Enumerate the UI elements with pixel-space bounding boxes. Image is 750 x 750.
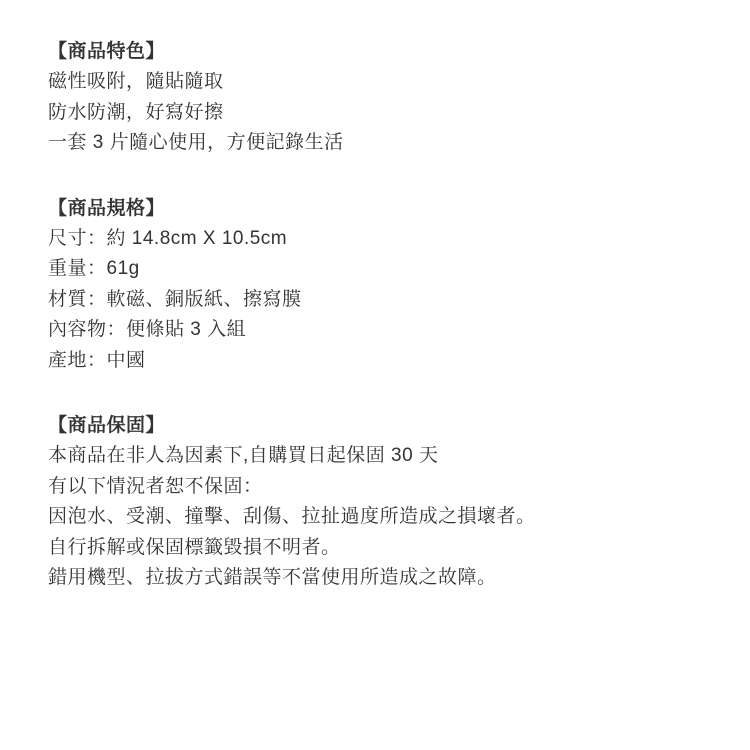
warranty-line: 錯用機型、拉拔方式錯誤等不當使用所造成之故障。 (48, 563, 710, 594)
section-product-specs: 【商品規格】 尺寸：約 14.8cm X 10.5cm 重量：61g 材質：軟磁… (48, 193, 710, 377)
spec-line-dimensions: 尺寸：約 14.8cm X 10.5cm (48, 224, 710, 255)
section-title: 【商品規格】 (48, 193, 710, 224)
feature-line: 一套 3 片隨心使用，方便記錄生活 (48, 128, 710, 159)
product-description-page: 【商品特色】 磁性吸附，隨貼隨取 防水防潮，好寫好擦 一套 3 片隨心使用，方便… (0, 0, 750, 750)
section-product-warranty: 【商品保固】 本商品在非人為因素下,自購買日起保固 30 天 有以下情況者恕不保… (48, 410, 710, 594)
section-title: 【商品特色】 (48, 36, 710, 67)
warranty-line: 因泡水、受潮、撞擊、刮傷、拉扯過度所造成之損壞者。 (48, 502, 710, 533)
warranty-line: 本商品在非人為因素下,自購買日起保固 30 天 (48, 441, 710, 472)
section-product-features: 【商品特色】 磁性吸附，隨貼隨取 防水防潮，好寫好擦 一套 3 片隨心使用，方便… (48, 36, 710, 159)
spec-line-origin: 產地：中國 (48, 346, 710, 377)
warranty-line: 有以下情況者恕不保固： (48, 472, 710, 503)
spec-line-contents: 內容物：便條貼 3 入組 (48, 315, 710, 346)
spec-line-material: 材質：軟磁、銅版紙、擦寫膜 (48, 285, 710, 316)
spec-line-weight: 重量：61g (48, 254, 710, 285)
warranty-line: 自行拆解或保固標籤毀損不明者。 (48, 533, 710, 564)
feature-line: 磁性吸附，隨貼隨取 (48, 67, 710, 98)
feature-line: 防水防潮，好寫好擦 (48, 98, 710, 129)
section-title: 【商品保固】 (48, 410, 710, 441)
